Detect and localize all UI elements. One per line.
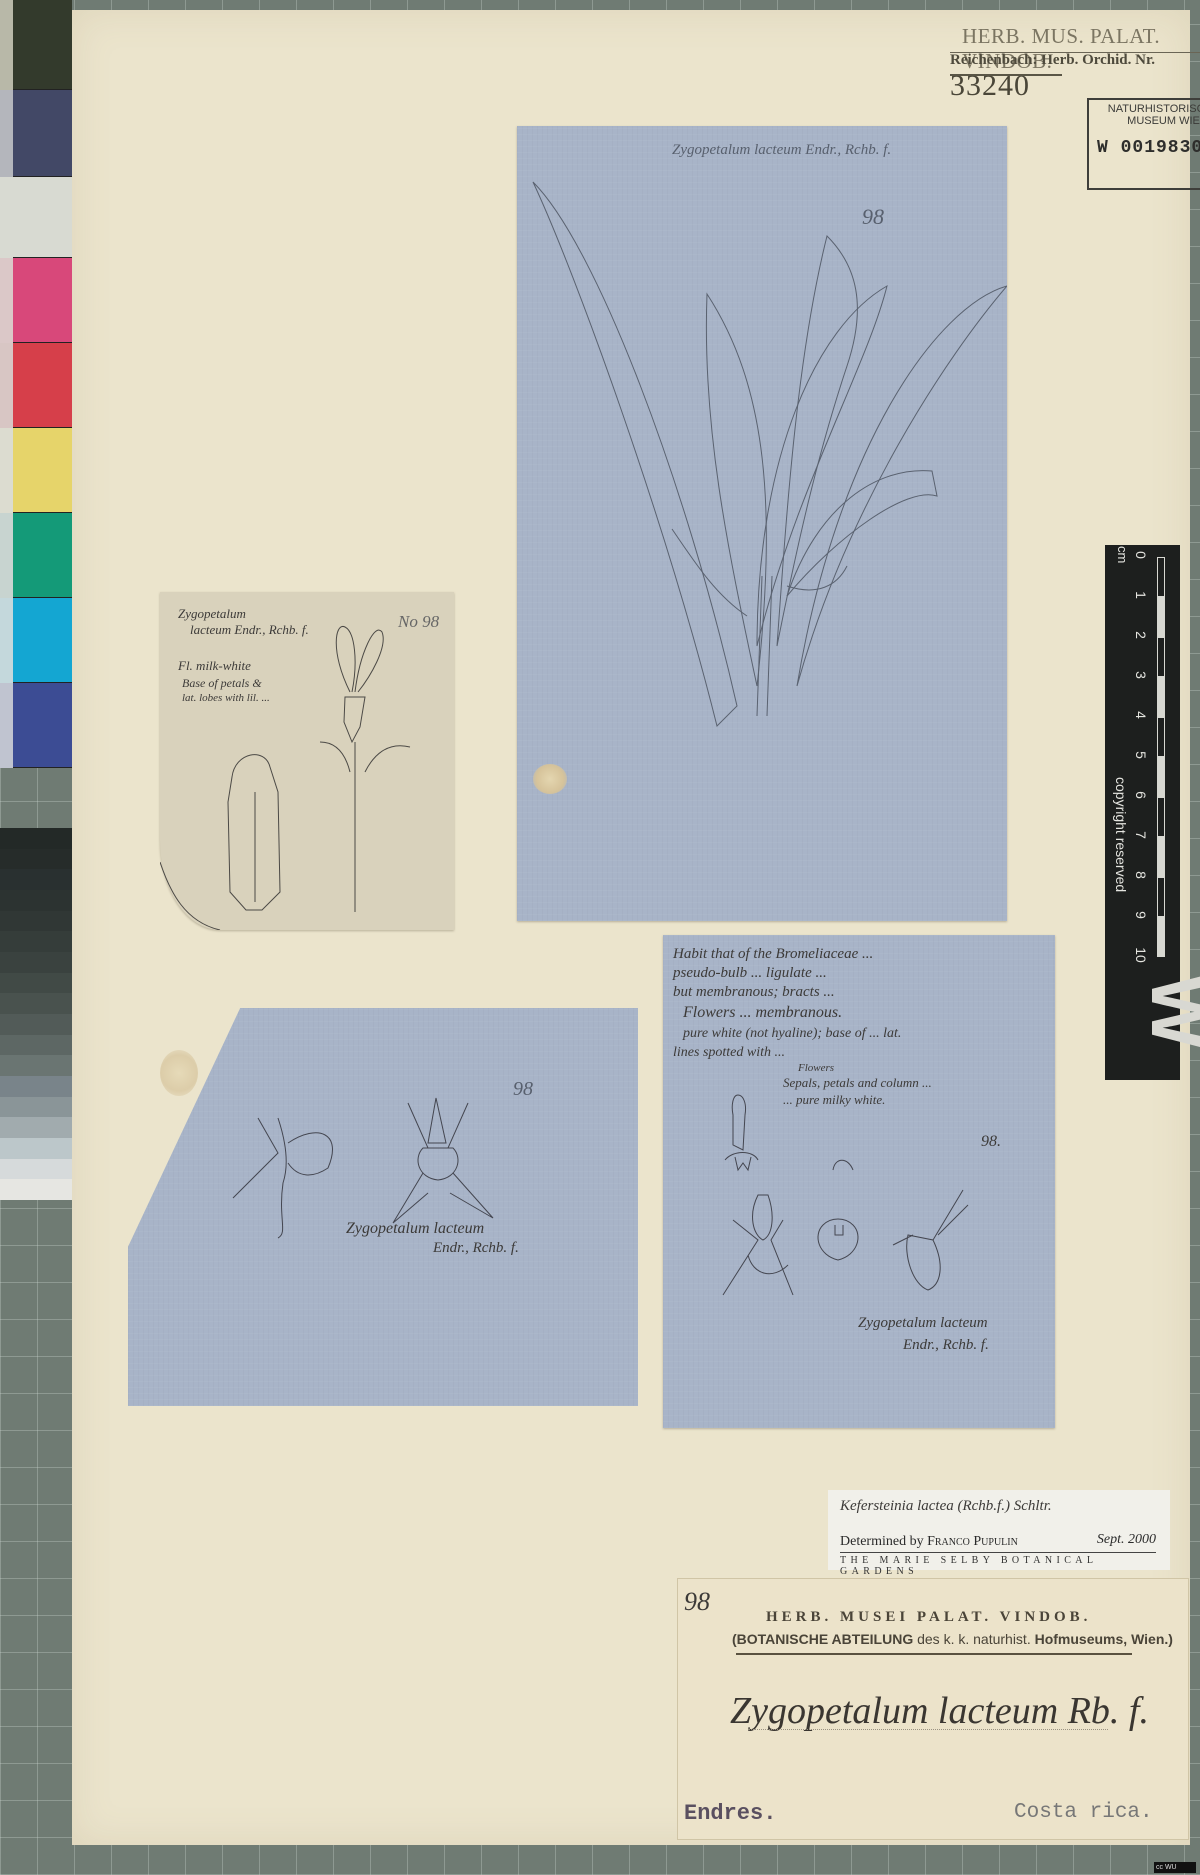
grayscale-step bbox=[0, 849, 72, 870]
ruler-tick-label: 8 bbox=[1133, 867, 1149, 883]
grayscale-step bbox=[0, 1179, 72, 1200]
grayscale-step bbox=[0, 1035, 72, 1056]
color-calibration-chart bbox=[0, 0, 72, 1600]
ruler-tick-label: 1 bbox=[1133, 587, 1149, 603]
grayscale-step bbox=[0, 1055, 72, 1076]
notes-sheet-species-line-2: Endr., Rchb. f. bbox=[903, 1337, 989, 1354]
color-patch-red bbox=[0, 343, 72, 428]
ruler-tick-label: 10 bbox=[1133, 947, 1149, 963]
ruler-segment bbox=[1157, 717, 1165, 757]
determination-label: Kefersteinia lactea (Rchb.f.) Schltr. De… bbox=[828, 1490, 1170, 1570]
ruler-tick-label: 9 bbox=[1133, 907, 1149, 923]
determination-rule bbox=[840, 1552, 1156, 1553]
color-patch-swatch bbox=[13, 683, 72, 768]
color-patch-tint bbox=[0, 598, 14, 683]
museum-barcode-stamp: NATURHISTORISCHES MUSEUM WIEN W 0019830 … bbox=[1087, 98, 1200, 190]
color-patch-tint bbox=[0, 90, 14, 177]
color-patch-swatch bbox=[13, 428, 72, 513]
subtitle-part-c: Hofmuseums, Wien.) bbox=[1035, 1631, 1173, 1647]
column-and-lip-sketch bbox=[160, 592, 454, 930]
flower-sheet-species-line-1: Zygopetalum lacteum bbox=[346, 1220, 484, 1238]
grayscale-step bbox=[0, 1159, 72, 1180]
determiner-name: Franco Pupulin bbox=[927, 1534, 1018, 1549]
ruler-segment bbox=[1157, 557, 1165, 597]
paper-stain bbox=[533, 764, 567, 794]
grayscale-step bbox=[0, 828, 72, 849]
ruler-segment bbox=[1157, 837, 1165, 877]
ruler-segment bbox=[1157, 597, 1165, 637]
color-patch-yellow bbox=[0, 428, 72, 513]
color-patch-tint bbox=[0, 513, 14, 598]
color-patch-tint bbox=[0, 343, 14, 428]
color-patch-magenta bbox=[0, 258, 72, 343]
color-patch-swatch bbox=[13, 598, 72, 683]
color-patch-swatch bbox=[13, 90, 72, 177]
grayscale-step bbox=[0, 1138, 72, 1159]
plant-leaves-drawing bbox=[517, 126, 1007, 921]
flower-sheet-species-line-2: Endr., Rchb. f. bbox=[433, 1240, 519, 1257]
color-patch-swatch bbox=[13, 258, 72, 343]
ruler-tick-label: 2 bbox=[1133, 627, 1149, 643]
color-patch-swatch bbox=[13, 177, 72, 258]
label-collector: Endres. bbox=[684, 1801, 776, 1826]
license-badge: cc WU bbox=[1154, 1862, 1196, 1873]
label-locality: Costa rica. bbox=[1014, 1801, 1153, 1824]
color-patch-green bbox=[0, 513, 72, 598]
stamp-line-1: NATURHISTORISCHES bbox=[1089, 103, 1200, 115]
orchid-flowers-drawing bbox=[128, 1008, 638, 1406]
stamp-barcode-number: W 0019830 . bbox=[1097, 138, 1200, 158]
plant-habit-drawing-sheet: Zygopetalum lacteum Endr., Rchb. f. 98 bbox=[517, 126, 1007, 921]
ruler-segment bbox=[1157, 917, 1165, 957]
ruler-segment bbox=[1157, 797, 1165, 837]
flower-front-drawing-sheet: 98 Zygopetalum lacteum Endr., Rchb. f. bbox=[128, 1008, 638, 1406]
sheet-stain bbox=[160, 1050, 198, 1096]
grayscale-calibration-strip bbox=[0, 828, 72, 1200]
color-patch-tint bbox=[0, 428, 14, 513]
label-dotted-line bbox=[748, 1729, 1108, 1730]
notes-sheet-species-line-1: Zygopetalum lacteum bbox=[858, 1315, 988, 1332]
label-institution-subtitle: (BOTANISCHE ABTEILUNG des k. k. naturhis… bbox=[732, 1631, 1173, 1647]
grayscale-step bbox=[0, 869, 72, 890]
color-patch-navy bbox=[0, 90, 72, 177]
color-patch-swatch bbox=[13, 513, 72, 598]
color-patch-tint bbox=[0, 0, 14, 90]
stamp-line-2: MUSEUM WIEN bbox=[1089, 115, 1200, 127]
herbarium-main-label: 98 HERB. MUSEI PALAT. VINDOB. (BOTANISCH… bbox=[677, 1578, 1189, 1840]
determined-by-prefix: Determined by bbox=[840, 1534, 924, 1549]
ruler-segment bbox=[1157, 757, 1165, 797]
ruler-unit: cm bbox=[1106, 546, 1130, 568]
determined-species: Kefersteinia lactea (Rchb.f.) Schltr. bbox=[840, 1498, 1052, 1515]
subtitle-part-a: (BOTANISCHE ABTEILUNG bbox=[732, 1631, 913, 1647]
field-notes-sheet: Habit that of the Bromeliaceae ... pseud… bbox=[663, 935, 1055, 1428]
grayscale-step bbox=[0, 1076, 72, 1097]
color-patch-cyan bbox=[0, 598, 72, 683]
determination-date: Sept. 2000 bbox=[1097, 1532, 1156, 1548]
flower-detail-sketch-sheet: Zygopetalum lacteum Endr., Rchb. f. No 9… bbox=[160, 592, 454, 930]
grayscale-step bbox=[0, 993, 72, 1014]
ruler-segment bbox=[1157, 677, 1165, 717]
ruler-tick-label: 0 bbox=[1133, 547, 1149, 563]
header-underline bbox=[950, 74, 1062, 76]
ruler-segment bbox=[1157, 877, 1165, 917]
ruler-tick-label: 5 bbox=[1133, 747, 1149, 763]
grayscale-step bbox=[0, 952, 72, 973]
herbarium-accession-line: Reichenbach: Herb. Orchid. Nr. 33240 bbox=[950, 52, 1190, 103]
subtitle-part-b: des k. k. naturhist. bbox=[913, 1631, 1034, 1647]
color-patch-swatch bbox=[13, 0, 72, 90]
color-patch-tint bbox=[0, 177, 14, 258]
flower-dissection-drawings bbox=[663, 935, 1055, 1428]
accession-prefix: Reichenbach: Herb. Orchid. Nr. bbox=[950, 52, 1155, 68]
determination-institution: THE MARIE SELBY BOTANICAL GARDENS bbox=[840, 1555, 1170, 1577]
color-patch-olive-black bbox=[0, 0, 72, 90]
grayscale-step bbox=[0, 973, 72, 994]
grayscale-step bbox=[0, 931, 72, 952]
label-species-name: Zygopetalum lacteum Rb. f. bbox=[730, 1689, 1149, 1733]
label-number: 98 bbox=[684, 1587, 710, 1617]
determiner-line: Determined by Franco Pupulin bbox=[840, 1534, 1018, 1550]
grayscale-step bbox=[0, 911, 72, 932]
ruler-copyright: copyright reserved bbox=[1109, 777, 1129, 927]
color-patch-tint bbox=[0, 258, 14, 343]
scale-ruler: cm 012345678910 copyright reserved W bbox=[1105, 545, 1180, 1080]
ruler-tick-label: 6 bbox=[1133, 787, 1149, 803]
color-patch-tint bbox=[0, 683, 14, 768]
museum-logo: W bbox=[1089, 975, 1200, 1035]
color-patch-light-gray bbox=[0, 177, 72, 258]
color-patch-indigo bbox=[0, 683, 72, 768]
color-patch-swatch bbox=[13, 343, 72, 428]
stamp-institution: NATURHISTORISCHES MUSEUM WIEN bbox=[1089, 103, 1200, 127]
grayscale-step bbox=[0, 890, 72, 911]
herbarium-sheet: HERB. MUS. PALAT. VINDOB. Reichenbach: H… bbox=[72, 10, 1190, 1845]
ruler-tick-label: 3 bbox=[1133, 667, 1149, 683]
grayscale-step bbox=[0, 1097, 72, 1118]
ruler-tick-label: 4 bbox=[1133, 707, 1149, 723]
label-institution-title: HERB. MUSEI PALAT. VINDOB. bbox=[766, 1609, 1091, 1626]
ruler-tick-label: 7 bbox=[1133, 827, 1149, 843]
ruler-segment bbox=[1157, 637, 1165, 677]
label-rule bbox=[736, 1653, 1132, 1655]
grayscale-step bbox=[0, 1117, 72, 1138]
grayscale-step bbox=[0, 1014, 72, 1035]
